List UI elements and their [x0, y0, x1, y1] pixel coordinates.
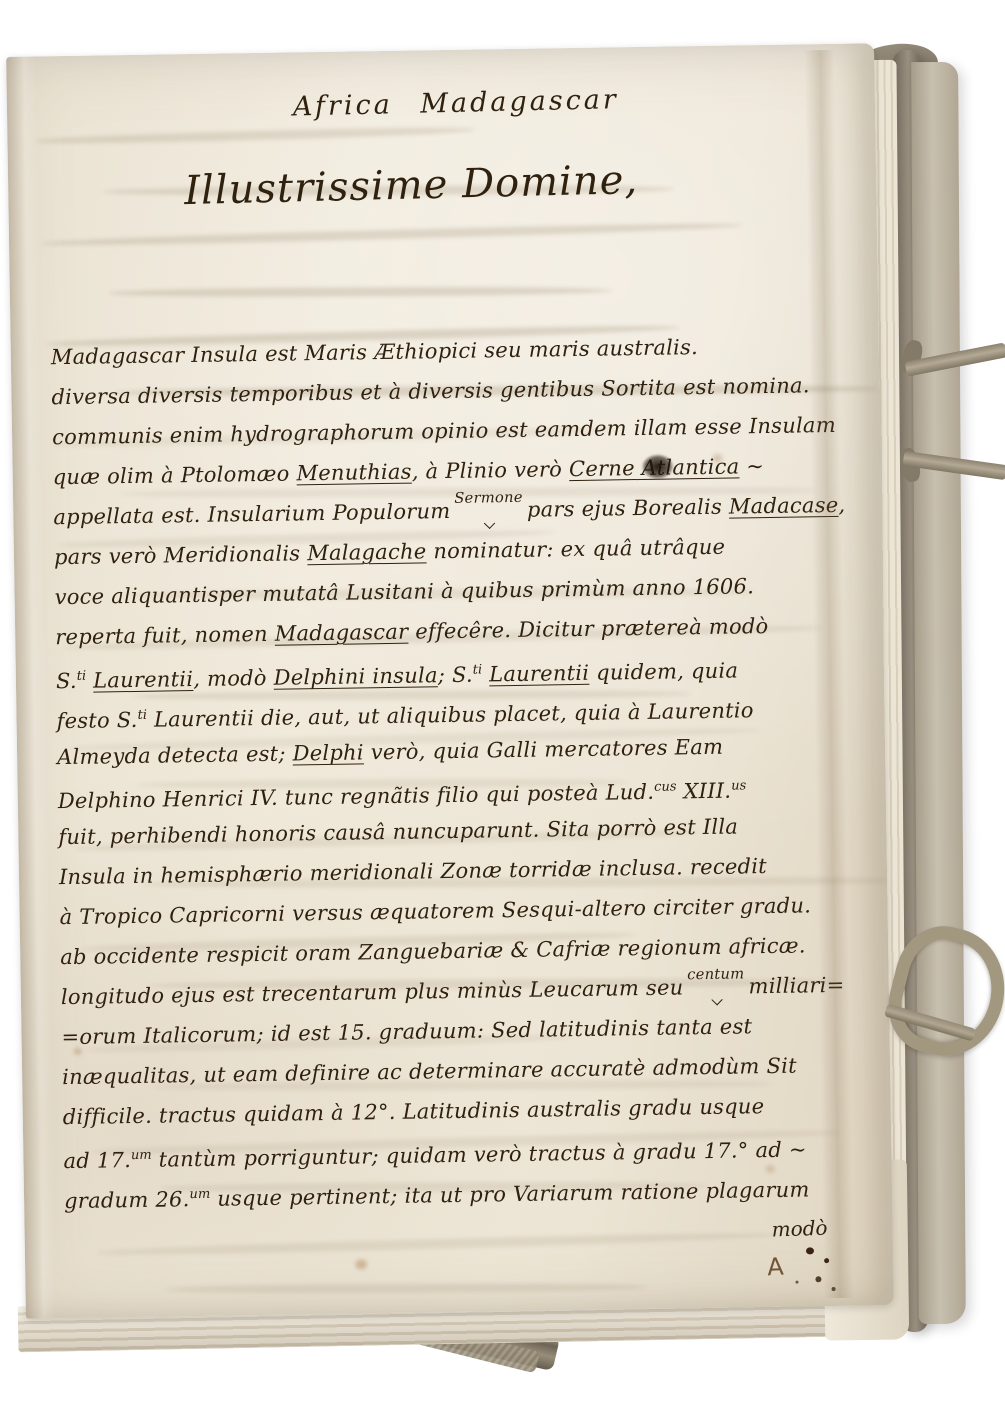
- interlinear-insertion: centum: [687, 954, 745, 995]
- manuscript-text-segment: pars ejus Borealis: [527, 495, 729, 522]
- manuscript-text-segment: diversa diversis temporibus et à diversi…: [51, 373, 810, 409]
- bleedthrough-line: [109, 286, 612, 298]
- manuscript-text-segment: à Tropico Capricorni versus æquatorem Se…: [59, 893, 811, 929]
- manuscript-text-segment: Malagache: [307, 539, 427, 565]
- manuscript-text-segment: Almeyda detecta est;: [57, 741, 293, 769]
- manuscript-text-segment: difficile. tractus quidam à 12°. Latitud…: [63, 1094, 765, 1129]
- manuscript-text-segment: , modò: [193, 666, 274, 691]
- ink-spot: [815, 1276, 821, 1282]
- manuscript-text-segment: verò, quia Galli mercatores Eam: [364, 735, 724, 765]
- bleedthrough-line: [97, 1230, 779, 1257]
- book-cover-board: [911, 62, 966, 1324]
- manuscript-text-segment: quæ olim à Ptolomæo: [53, 461, 297, 489]
- manuscript-text-segment: nominatur: ex quâ utrâque: [426, 535, 725, 564]
- manuscript-text-segment: appellata est. Insularium Populorum: [53, 499, 450, 529]
- manuscript-text-segment: Delphi: [292, 740, 364, 765]
- manuscript-text-segment: Cerne: [569, 456, 642, 481]
- manuscript-text-segment: voce aliquantisper mutatâ Lusitani à qui…: [54, 574, 754, 609]
- photo-of-manuscript: { "document": { "header": "Africa Madaga…: [0, 0, 1005, 1417]
- manuscript-text-segment: effecêre. Dicitur prætereà modò: [408, 614, 769, 644]
- manuscript-text-segment: Laurentii: [93, 667, 193, 693]
- manuscript-text-segment: ,: [838, 493, 845, 517]
- bleedthrough-line: [165, 1283, 648, 1295]
- manuscript-text-segment: longitudo ejus est trecentarum plus minù…: [61, 975, 684, 1009]
- interlinear-insertion: Sermone: [454, 478, 523, 519]
- manuscript-text-segment: ; S.: [438, 663, 473, 688]
- manuscript-text-segment: Madagascar: [275, 620, 409, 646]
- manuscript-text-segment: XIII.: [676, 779, 731, 804]
- manuscript-text-segment: Laurentii: [489, 661, 589, 687]
- ink-spot: [795, 1281, 798, 1284]
- manuscript-text-segment: quidem, quia: [589, 658, 738, 684]
- manuscript-text-segment: Madagascar Insula est Maris Æthiopici se…: [51, 335, 699, 369]
- body-lines: Madagascar Insula est Maris Æthiopici se…: [51, 324, 877, 1217]
- manuscript-text-segment: ti: [77, 669, 87, 684]
- ink-spot: [824, 1258, 829, 1263]
- manuscript-page: Africa Madagascar Illustrissime Domine, …: [6, 43, 894, 1318]
- bleedthrough-line: [41, 221, 743, 248]
- manuscript-text-segment: ad 17.: [63, 1148, 131, 1173]
- manuscript-text-segment: fuit, perhibendi honoris causâ nuncuparu…: [58, 814, 738, 849]
- manuscript-text-segment: =orum Italicorum; id est 15. graduum: Se…: [61, 1014, 752, 1049]
- ink-spot: [832, 1287, 836, 1291]
- manuscript-text-segment: milliari=: [748, 973, 844, 999]
- manuscript-text-segment: festo S.: [56, 708, 137, 733]
- manuscript-text-segment: pars verò Meridionalis: [54, 541, 308, 569]
- manuscript-text-segment: inæqualitas, ut eam definire ac determin…: [62, 1054, 797, 1090]
- manuscript-text-segment: Menuthias: [296, 460, 412, 486]
- manuscript-text-segment: reperta fuit, nomen: [55, 622, 275, 649]
- catchword: modò: [771, 1216, 828, 1242]
- manuscript-text-segment: um: [189, 1187, 210, 1202]
- manuscript-text-segment: usque pertinent; ita ut pro Variarum rat…: [210, 1177, 810, 1210]
- bleedthrough-line: [35, 125, 475, 146]
- manuscript-text-segment: S.: [56, 669, 77, 693]
- gathering-signature-mark: A: [767, 1253, 785, 1282]
- manuscript-text-segment: Delphini insula: [273, 663, 437, 690]
- manuscript-text-segment: us: [731, 778, 746, 793]
- manuscript-text-segment: communis enim hydrographorum opinio est …: [52, 413, 836, 449]
- manuscript-text-segment: antica: [672, 454, 739, 479]
- manuscript-text-segment: um: [131, 1148, 152, 1163]
- manuscript-text-segment: Delphino Henrici IV. tunc regnãtis filio…: [58, 780, 655, 813]
- manuscript-text-segment: Atl: [642, 455, 673, 479]
- manuscript-text-segment: cus: [654, 779, 677, 794]
- manuscript-text-segment: Insula in hemisphærio meridionali Zonæ t…: [59, 854, 767, 889]
- manuscript-text-segment: gradum 26.: [64, 1187, 190, 1213]
- manuscript-text-segment: Madacase: [729, 493, 839, 519]
- manuscript-text-segment: ~: [739, 454, 764, 478]
- foxing-stain: [766, 1165, 775, 1173]
